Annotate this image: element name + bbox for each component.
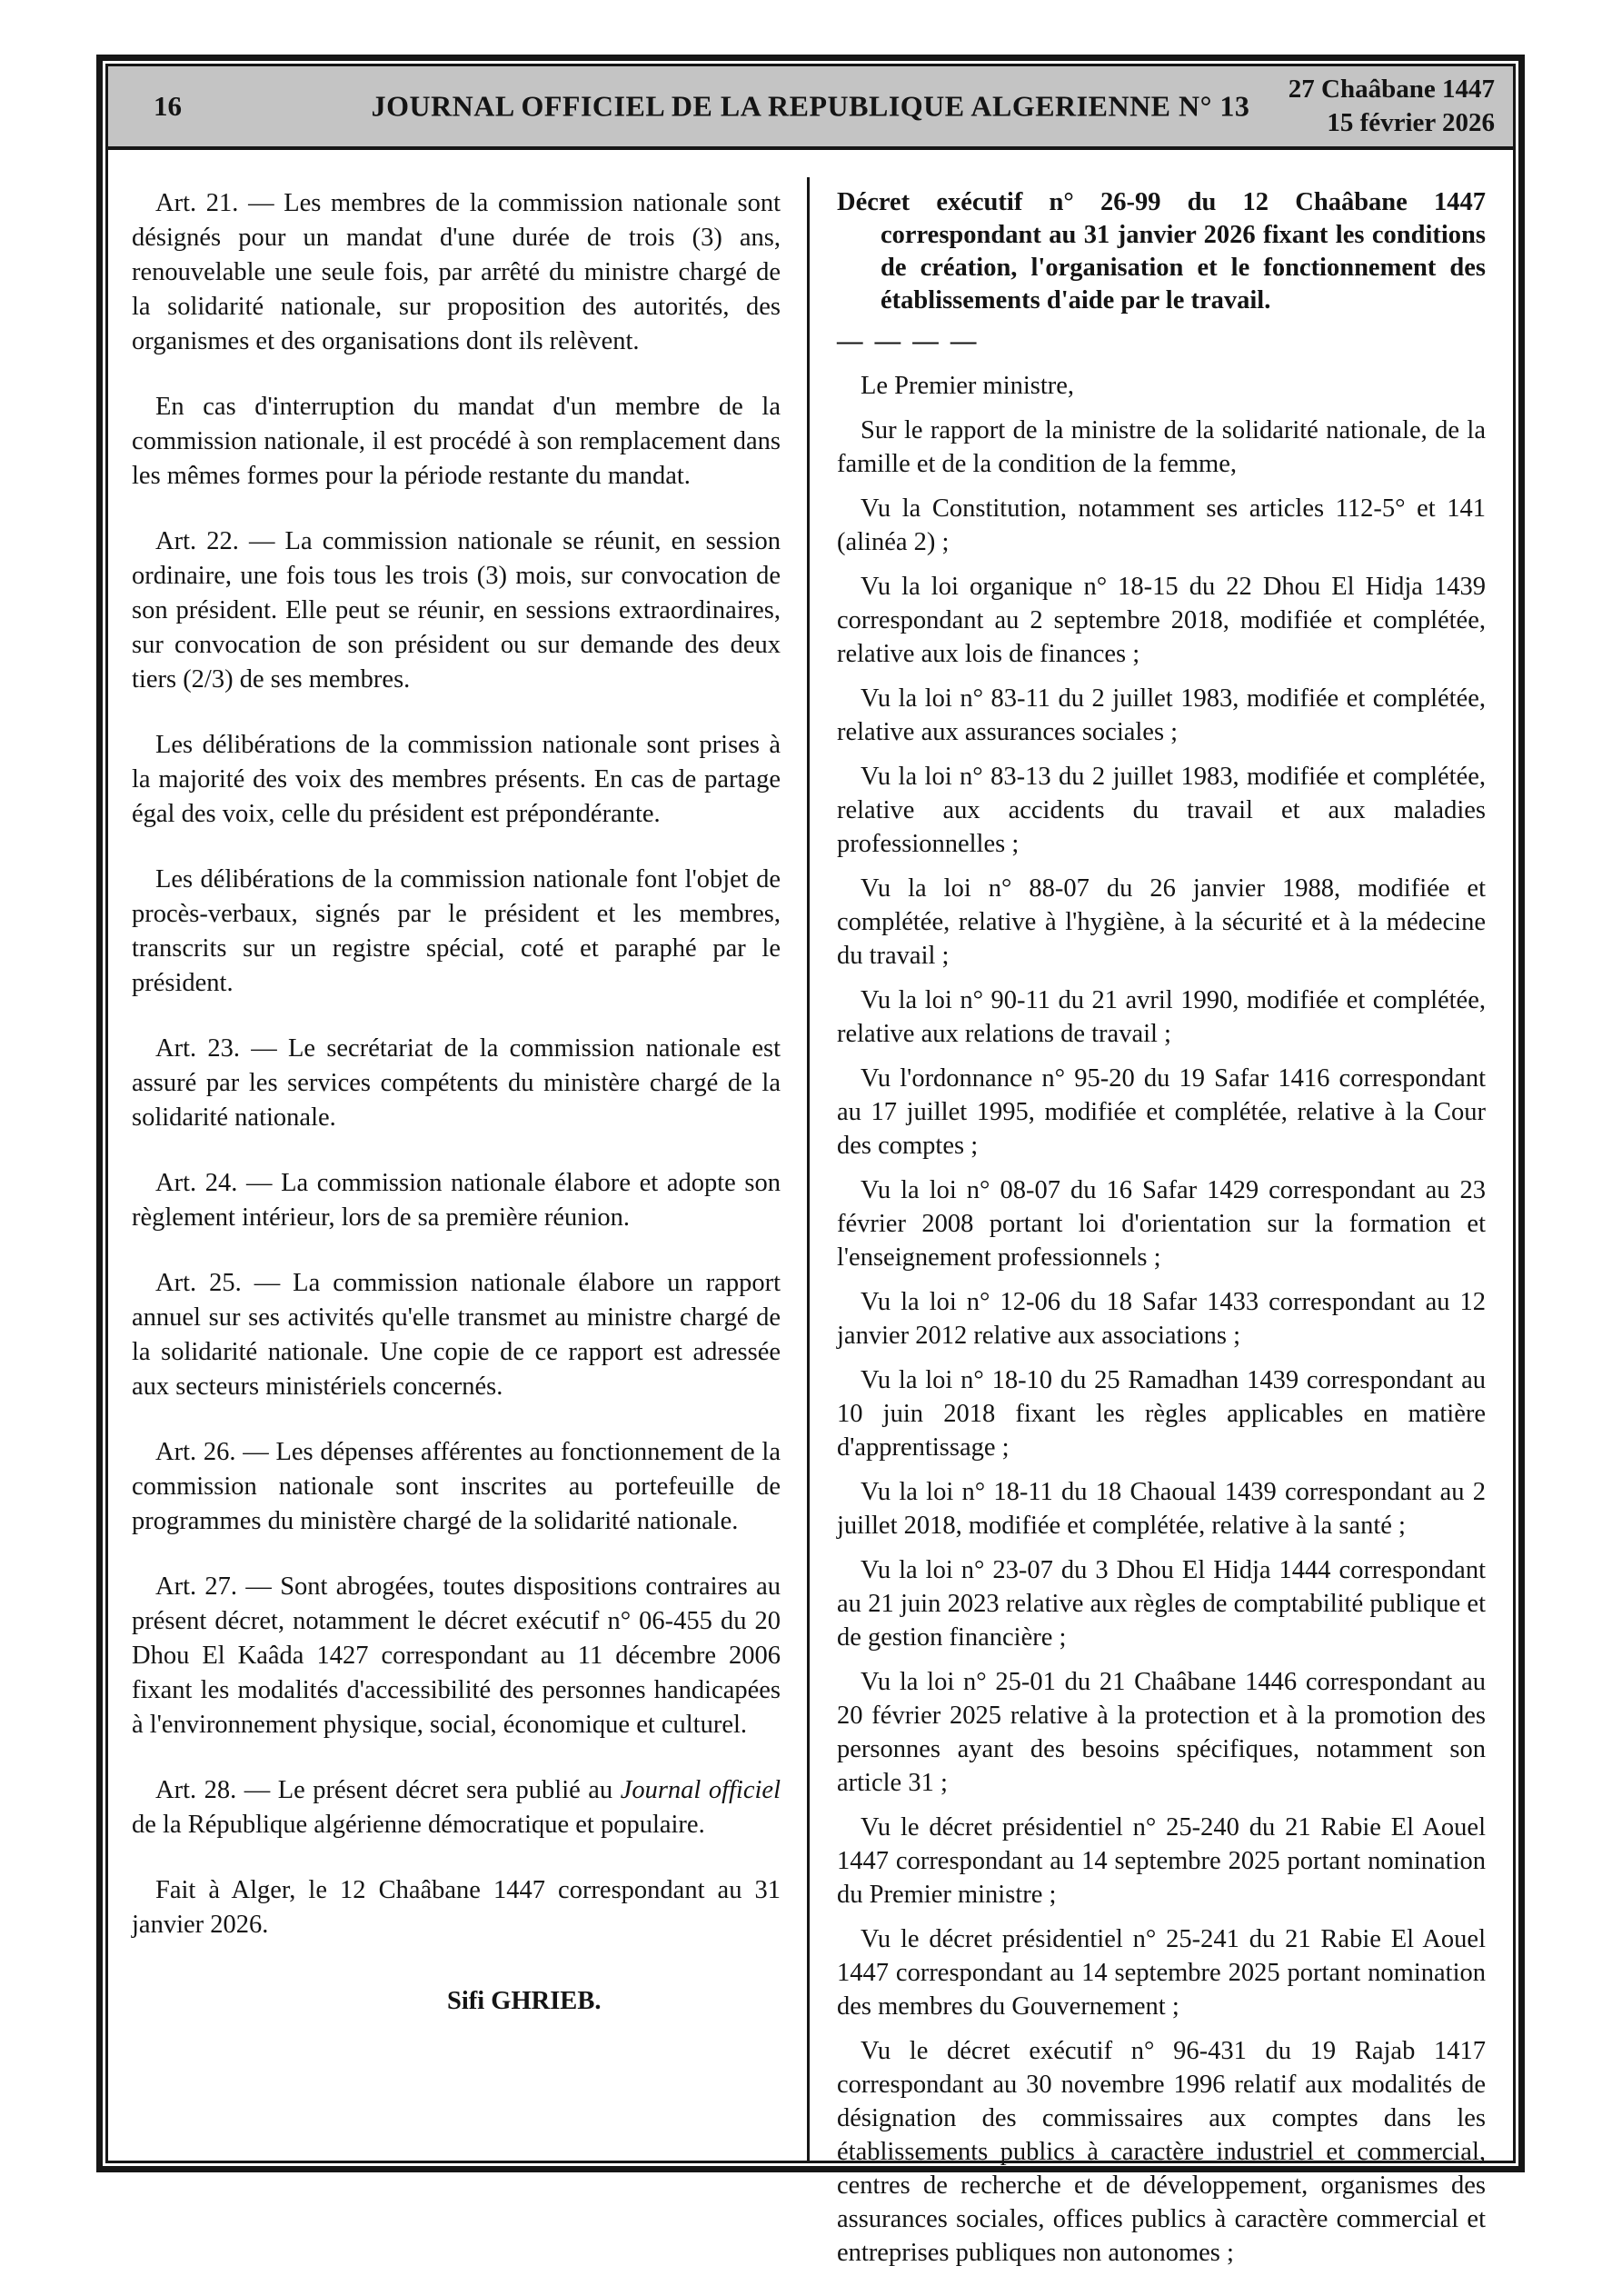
page-content: Art. 21. — Les membres de la commission … [108,150,1513,2161]
left-column: Art. 21. — Les membres de la commission … [132,186,781,2161]
paragraph-visa: Vu la loi n° 18-10 du 25 Ramadhan 1439 c… [837,1363,1486,1464]
right-column: Décret exécutif n° 26-99 du 12 Chaâbane … [837,186,1486,2161]
paragraph-visa: Vu le décret présidentiel n° 25-241 du 2… [837,1922,1486,2023]
paragraph-art-27: Art. 27. — Sont abrogées, toutes disposi… [132,1570,781,1742]
paragraph-art-25: Art. 25. — La commission nationale élabo… [132,1266,781,1404]
art-28-journal-officiel-italic: Journal officiel [621,1776,781,1804]
paragraph: Sur le rapport de la ministre de la soli… [837,414,1486,481]
header-band: 16 JOURNAL OFFICIEL DE LA REPUBLIQUE ALG… [108,66,1513,150]
paragraph: Les délibérations de la commission natio… [132,728,781,832]
header-dates: 27 Chaâbane 1447 15 février 2026 [1289,73,1495,140]
column-divider [807,177,810,2161]
paragraph-art-28: Art. 28. — Le présent décret sera publié… [132,1773,781,1842]
page-frame: 16 JOURNAL OFFICIEL DE LA REPUBLIQUE ALG… [96,55,1525,2172]
paragraph: Les délibérations de la commission natio… [132,863,781,1001]
decree-separator: — — — — [837,324,1486,358]
page-frame-inner: 16 JOURNAL OFFICIEL DE LA REPUBLIQUE ALG… [105,64,1516,2163]
signature: Sifi GHRIEB. [132,1984,781,2019]
dateline: Fait à Alger, le 12 Chaâbane 1447 corres… [132,1873,781,1942]
paragraph-art-26: Art. 26. — Les dépenses afférentes au fo… [132,1435,781,1539]
paragraph-visa: Vu la Constitution, notamment ses articl… [837,492,1486,559]
paragraph-visa: Vu la loi n° 83-13 du 2 juillet 1983, mo… [837,760,1486,861]
paragraph-visa: Vu la loi n° 08-07 du 16 Safar 1429 corr… [837,1173,1486,1274]
paragraph-visa: Vu la loi n° 90-11 du 21 avril 1990, mod… [837,983,1486,1051]
paragraph-art-21: Art. 21. — Les membres de la commission … [132,186,781,359]
paragraph-art-24: Art. 24. — La commission nationale élabo… [132,1166,781,1235]
paragraph: En cas d'interruption du mandat d'un mem… [132,390,781,494]
paragraph-visa: Vu l'ordonnance n° 95-20 du 19 Safar 141… [837,1062,1486,1163]
paragraph-visa: Vu la loi n° 23-07 du 3 Dhou El Hidja 14… [837,1553,1486,1654]
paragraph-visa: Vu la loi n° 25-01 du 21 Chaâbane 1446 c… [837,1665,1486,1800]
date-gregorian: 15 février 2026 [1289,106,1495,140]
paragraph-visa: Vu la loi n° 18-11 du 18 Chaoual 1439 co… [837,1475,1486,1542]
paragraph-visa: Vu la loi n° 88-07 du 26 janvier 1988, m… [837,872,1486,973]
paragraph-visa: Vu le décret présidentiel n° 25-240 du 2… [837,1811,1486,1912]
art-28-text-end: de la République algérienne démocratique… [132,1811,705,1839]
paragraph-visa: Vu la loi n° 12-06 du 18 Safar 1433 corr… [837,1285,1486,1353]
paragraph: Le Premier ministre, [837,369,1486,403]
paragraph-visa: Vu le décret exécutif n° 96-431 du 19 Ra… [837,2034,1486,2270]
paragraph-art-23: Art. 23. — Le secrétariat de la commissi… [132,1032,781,1135]
paragraph-visa: Vu la loi n° 83-11 du 2 juillet 1983, mo… [837,682,1486,749]
decree-title: Décret exécutif n° 26-99 du 12 Chaâbane … [837,186,1486,317]
paragraph-visa: Vu la loi organique n° 18-15 du 22 Dhou … [837,570,1486,671]
art-28-text: Art. 28. — Le présent décret sera publié… [155,1776,621,1804]
paragraph-art-22: Art. 22. — La commission nationale se ré… [132,524,781,697]
date-hijri: 27 Chaâbane 1447 [1289,73,1495,106]
